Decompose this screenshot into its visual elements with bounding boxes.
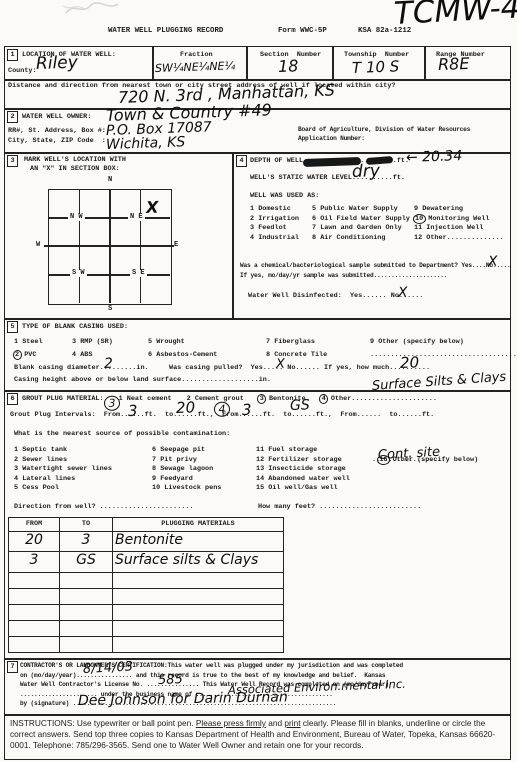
- to-header: TO: [60, 518, 113, 532]
- address-label: RR#, St. Address, Box #:: [8, 127, 106, 136]
- grid-nw-label: N W: [68, 214, 85, 221]
- well-used-as-title: WELL WAS USED AS:: [250, 192, 319, 201]
- casing-item: 1 Steel: [14, 338, 72, 348]
- contamination-column-2: 6 Seepage pit 7 Pit privy 8 Sewage lagoo…: [152, 446, 221, 494]
- grout-item: 1 Neat cement: [119, 395, 172, 405]
- used-as-item: 11 Injection Well: [414, 224, 504, 234]
- section6-number: 6: [7, 393, 18, 405]
- used-as-item: 4 Industrial: [250, 234, 299, 244]
- casing-other-dots: ........................................…: [370, 351, 517, 361]
- compass-n-label: N: [108, 177, 112, 184]
- how-many-feet-line: How many feet? .........................: [258, 503, 421, 512]
- city-value: Wichita, KS: [106, 134, 186, 153]
- table-row: [9, 573, 284, 589]
- used-as-item: 5 Public Water Supply: [312, 205, 410, 215]
- circled-4: 4: [319, 394, 328, 404]
- compass-e-label: E: [174, 242, 178, 249]
- contamination-column-1: 1 Septic tank 2 Sewer lines 3 Watertight…: [14, 446, 112, 494]
- section3-title-line2: AN "X" IN SECTION BOX:: [30, 165, 120, 174]
- grid-line: [48, 274, 170, 276]
- used-as-column-2: 5 Public Water Supply 6 Oil Field Water …: [312, 205, 410, 243]
- grout-material-label: GROUT PLUG MATERIAL:: [22, 395, 104, 405]
- cell-from: [9, 637, 60, 653]
- fraction-label: Fraction: [180, 51, 213, 60]
- used-as-item: 7 Lawn and Garden Only: [312, 224, 410, 234]
- contamination-item: 13 Insecticide storage: [256, 465, 350, 475]
- chemical-sample-line: Was a chemical/bacteriological sample su…: [240, 262, 511, 270]
- used-as-item: 3 Feedlot: [250, 224, 299, 234]
- casing-item: 9 Other (specify below): [370, 338, 517, 348]
- grid-se-label: S E: [130, 270, 147, 277]
- casing-height-line: Casing height above or below land surfac…: [14, 376, 271, 385]
- disinfected-no-x: X: [398, 285, 408, 301]
- contamination-item: 7 Pit privy: [152, 456, 221, 466]
- cell-from: [9, 605, 60, 621]
- used-as-item: 9 Dewatering: [414, 205, 504, 215]
- contamination-item: 14 Abandoned water well: [256, 475, 350, 485]
- township-number-value: T 10 S: [352, 57, 400, 77]
- contamination-item: 4 Lateral lines: [14, 475, 112, 485]
- casing-item: 7 Fiberglass: [266, 338, 370, 348]
- contamination-item: 5 Cess Pool: [14, 484, 112, 494]
- casing-diameter-value: 2: [104, 356, 113, 372]
- direction-from-well-line: Direction from well? ...................…: [14, 503, 193, 512]
- contamination-column-3: 11 Fuel storage 12 Fertilizer storage 13…: [256, 446, 350, 494]
- table-header-row: FROM TO PLUGGING MATERIALS: [9, 518, 284, 532]
- pencil-smudge: [60, 0, 134, 20]
- application-number-label: Application Number:: [298, 135, 365, 143]
- instructions-text: INSTRUCTIONS: Use typewriter or ball poi…: [10, 718, 505, 750]
- county-value: Riley: [36, 53, 78, 74]
- static-water-level-value: dry: [352, 161, 381, 182]
- if-yes-line: If yes, mo/day/yr sample was submitted..…: [240, 272, 447, 280]
- casing-item: 3 RMP (SR): [72, 338, 148, 348]
- cell-materials: Bentonite: [113, 532, 284, 552]
- section5-title: TYPE OF BLANK CASING USED:: [22, 323, 128, 332]
- table-row: [9, 621, 284, 637]
- grid-line: [44, 245, 174, 247]
- contamination-item: 2 Sewer lines: [14, 456, 112, 466]
- cell-from: 20: [9, 532, 60, 552]
- form-number: Form WWC-5P: [278, 27, 327, 37]
- circled-2: 2: [13, 350, 22, 360]
- grid-line: [48, 217, 170, 219]
- contamination-title: What is the nearest source of possible c…: [14, 430, 230, 439]
- materials-header: PLUGGING MATERIALS: [113, 518, 284, 532]
- compass-s-label: S: [108, 306, 112, 313]
- section1-number: 1: [7, 49, 18, 61]
- cell-to: GS: [60, 552, 113, 573]
- used-as-item: 1 Domestic: [250, 205, 299, 215]
- used-as-item: 6 Oil Field Water Supply: [312, 215, 410, 225]
- grout-material-row: GROUT PLUG MATERIAL: 1 Neat cement 2 Cem…: [22, 395, 437, 405]
- chemical-sample-no-x: X: [488, 254, 498, 270]
- grid-ne-label: N E: [128, 214, 145, 221]
- casing-options: 1 Steel 3 RMP (SR) 5 Wrought 7 Fiberglas…: [14, 338, 517, 360]
- interval1-to-value: 20: [176, 398, 196, 417]
- divider: [152, 46, 154, 79]
- owner-label: WATER WELL OWNER:: [22, 113, 91, 122]
- cell-materials: [113, 605, 284, 621]
- section4-number: 4: [236, 155, 247, 167]
- section7-number: 7: [7, 661, 18, 673]
- section-number-value: 18: [278, 56, 299, 76]
- city-label: City, State, ZIP Code :: [8, 137, 106, 146]
- section3-title-line1: MARK WELL'S LOCATION WITH: [24, 156, 126, 165]
- circled-10: 10: [413, 214, 426, 224]
- contamination-item: 12 Fertilizer storage: [256, 456, 350, 466]
- used-as-item-monitoring-well: 10 Monitoring Well: [414, 215, 504, 225]
- completed-date-value: 8/14/03: [83, 659, 134, 677]
- cell-materials: [113, 589, 284, 605]
- contamination-item: 6 Seepage pit: [152, 446, 221, 456]
- interval2-to-value: GS: [290, 397, 310, 414]
- from-header: FROM: [9, 518, 60, 532]
- license-number-value: 585: [158, 672, 183, 688]
- cell-from: [9, 621, 60, 637]
- how-much-value: 20: [400, 353, 420, 372]
- casing-diameter-line: Blank casing diameter.........in. Was ca…: [14, 364, 430, 373]
- plugging-materials-table: FROM TO PLUGGING MATERIALS 20 3 Bentonit…: [8, 517, 284, 653]
- contamination-item: 11 Fuel storage: [256, 446, 350, 456]
- contamination-item: 1 Septic tank: [14, 446, 112, 456]
- static-water-level-line: WELL'S STATIC WATER LEVEL..........ft.: [250, 174, 405, 183]
- divider: [332, 46, 334, 79]
- cell-materials: Surface silts & Clays: [113, 552, 284, 573]
- used-as-item: 8 Air Conditioning: [312, 234, 410, 244]
- table-row: [9, 605, 284, 621]
- contamination-item: 15 Oil well/Gas well: [256, 484, 350, 494]
- table-row: 3 GS Surface silts & Clays: [9, 552, 284, 573]
- well-id-handwritten: TCMW-4: [393, 0, 517, 32]
- well-location-x-mark: X: [146, 198, 159, 217]
- casing-item: 5 Wrought: [148, 338, 266, 348]
- table-row: [9, 637, 284, 653]
- agency-label: Board of Agriculture, Division of Water …: [298, 126, 470, 134]
- county-label: County:: [8, 67, 37, 76]
- form-title: WATER WELL PLUGGING RECORD: [108, 27, 223, 37]
- cell-to: [60, 605, 113, 621]
- instructions-box: INSTRUCTIONS: Use typewriter or ball poi…: [4, 714, 511, 760]
- contamination-item: 10 Livestock pens: [152, 484, 221, 494]
- section3-number: 3: [7, 155, 18, 167]
- section5-number: 5: [7, 321, 18, 333]
- cell-materials: [113, 621, 284, 637]
- casing-item: 6 Asbestos-Cement: [148, 351, 266, 361]
- depth-value: ← 20.34: [406, 148, 463, 166]
- used-as-column-1: 1 Domestic 2 Irrigation 3 Feedlot 4 Indu…: [250, 205, 299, 243]
- cell-materials: [113, 637, 284, 653]
- compass-w-label: W: [36, 242, 40, 249]
- divider: [246, 46, 248, 79]
- certification-line1: CONTRACTOR'S OR LANDOWNER'S CERTIFICATIO…: [20, 662, 403, 670]
- table-row: 20 3 Bentonite: [9, 532, 284, 552]
- cell-to: 3: [60, 532, 113, 552]
- interval2-from-value: 3: [242, 401, 252, 419]
- casing-pulled-x: X: [276, 357, 285, 372]
- section2-number: 2: [7, 111, 18, 123]
- range-number-value: R8E: [438, 54, 470, 74]
- grid-sw-label: S W: [70, 270, 87, 277]
- cell-from: 3: [9, 552, 60, 573]
- statute-number: KSA 82a-1212: [358, 27, 411, 37]
- contamination-item: 9 Feedyard: [152, 475, 221, 485]
- used-as-column-3: 9 Dewatering 10 Monitoring Well 11 Injec…: [414, 205, 504, 243]
- used-as-item: 2 Irrigation: [250, 215, 299, 225]
- cell-materials: [113, 573, 284, 589]
- grout-item-other: 4 Other.....................: [321, 395, 437, 405]
- used-as-item: 12 Other..............: [414, 234, 504, 244]
- cell-from: [9, 573, 60, 589]
- cell-to: [60, 573, 113, 589]
- cell-to: [60, 637, 113, 653]
- interval1-from-value: 3: [128, 402, 138, 420]
- cell-to: [60, 621, 113, 637]
- cell-to: [60, 589, 113, 605]
- cell-from: [9, 589, 60, 605]
- contamination-item: 3 Watertight sewer lines: [14, 465, 112, 475]
- divider: [424, 46, 426, 79]
- table-row: [9, 589, 284, 605]
- contamination-item: 8 Sewage lagoon: [152, 465, 221, 475]
- scanned-form-page: TCMW-4 WATER WELL PLUGGING RECORD Form W…: [0, 0, 517, 762]
- circled-3: 3: [257, 394, 266, 404]
- casing-item-pvc: 2 PVC: [14, 351, 72, 361]
